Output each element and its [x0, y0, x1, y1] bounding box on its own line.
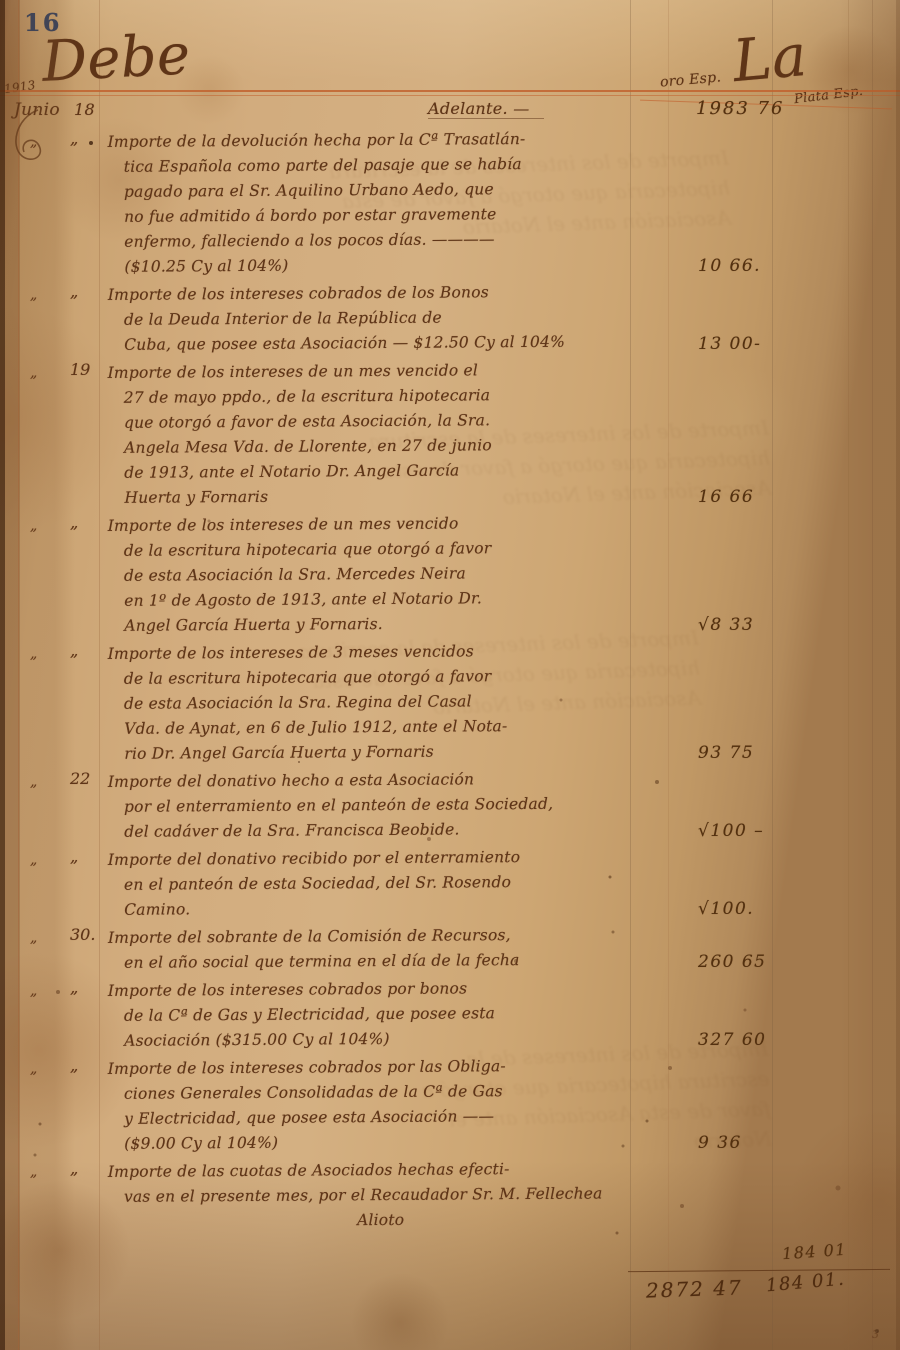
ledger-entry: „„Importe de los intereses de un mes ven…	[0, 512, 900, 637]
carry-day: 18	[74, 100, 95, 119]
entry-day: 22	[70, 769, 90, 788]
ledger-entry: „„Importe de los intereses cobrados por …	[0, 1055, 900, 1155]
entry-line: Cuba, que posee esta Asociación — $12.50…	[124, 329, 653, 358]
entry-line: Importe de los intereses cobrados por la…	[108, 1053, 653, 1082]
entry-day: „	[70, 978, 78, 997]
entry-amount-oro: 10 66.	[698, 256, 761, 276]
entry-text: Importe de los intereses de un mes venci…	[107, 357, 653, 511]
month-ditto-mark: „	[30, 930, 38, 946]
entry-line: por el enterramiento en el panteón de es…	[124, 791, 653, 820]
entry-text: Importe del sobrante de la Comisión de R…	[108, 922, 653, 976]
entry-line: de la escritura hipotecaria que otorgó a…	[124, 535, 653, 564]
entry-line: enfermo, falleciendo a los pocos días. —…	[124, 226, 653, 255]
entry-text: Importe de los intereses de un mes venci…	[108, 510, 654, 639]
entry-line: Angela Mesa Vda. de Llorente, en 27 de j…	[124, 432, 653, 461]
page-title-debe: Debe	[40, 22, 191, 95]
entry-line: y Electricidad, que posee esta Asociació…	[124, 1103, 653, 1132]
entry-day: 19	[70, 360, 90, 379]
total-plata: 184 01.	[765, 1269, 846, 1297]
header-double-rule	[0, 90, 900, 96]
entry-line: de la Deuda Interior de la República de	[124, 304, 653, 333]
ledger-page: { "page": { "number": "16" }, "header": …	[0, 0, 900, 1350]
carry-forward-amount: 1983 76	[696, 98, 784, 119]
month-ditto-mark: „	[30, 1061, 38, 1077]
entry-line: Importe de los intereses cobrados por bo…	[108, 975, 653, 1004]
entry-line: rio Dr. Angel García Huerta y Fornaris	[124, 738, 653, 767]
entry-day: „	[70, 1056, 78, 1075]
header-flourish: La	[730, 21, 809, 95]
month-ditto-mark: „	[30, 134, 38, 150]
entry-amount-oro: √100.	[698, 899, 754, 919]
entry-line: no fue admitido á bordo por estar gravem…	[124, 201, 653, 230]
total-oro: 2872 47	[646, 1275, 743, 1302]
entry-amount-oro: √100 –	[698, 821, 764, 841]
month-ditto-mark: „	[30, 852, 38, 868]
month-ditto-mark: „	[30, 518, 38, 534]
entry-line: de la Cª de Gas y Electricidad, que pose…	[124, 1000, 653, 1029]
entry-text: Importe de los intereses cobrados por bo…	[108, 975, 654, 1054]
entry-amount-oro: 9 36	[698, 1133, 742, 1153]
entry-line: pagado para el Sr. Aquilino Urbano Aedo,…	[124, 176, 653, 205]
month-ditto-mark: „	[30, 287, 38, 303]
month-ditto-mark: „	[30, 365, 38, 381]
entry-line: vas en el presente mes, por el Recaudado…	[124, 1181, 653, 1210]
entry-line: de esta Asociación la Sra. Mercedes Neir…	[124, 560, 653, 589]
entry-text: Importe del donativo recibido por el ent…	[108, 844, 654, 923]
entry-line: que otorgó a favor de esta Asociación, l…	[124, 407, 653, 436]
entry-line: Importe de los intereses de un mes venci…	[107, 357, 652, 386]
entry-line: Huerta y Fornaris	[124, 482, 653, 511]
entry-text: Importe de la devolución hecha por la Cª…	[107, 126, 653, 280]
plata-entry-amount: 184 01	[781, 1240, 847, 1263]
entry-amount-oro: 93 75	[698, 743, 754, 763]
ink-specks	[0, 0, 2, 2]
paper-background: Importe de los intereses de la escritura…	[0, 0, 900, 1350]
entry-day: 30.	[70, 925, 95, 944]
entry-line: ($9.00 Cy al 104%)	[124, 1128, 653, 1157]
ledger-entry: „„Importe de los intereses de 3 meses ve…	[0, 640, 900, 765]
month-ditto-mark: „	[30, 646, 38, 662]
month-ditto-mark: „	[30, 1164, 38, 1180]
entry-day: „	[70, 847, 78, 866]
entry-line: en el panteón de esta Sociedad, del Sr. …	[124, 869, 653, 898]
currency-column-label-oro: oro Esp.	[659, 69, 721, 90]
entry-line: de 1913, ante el Notario Dr. Angel Garcí…	[124, 457, 653, 486]
entry-amount-oro: 13 00-	[698, 334, 761, 354]
entry-line: Importe del donativo recibido por el ent…	[108, 844, 653, 873]
ledger-entry: „„Importe de la devolución hecha por la …	[0, 128, 900, 278]
entry-line: del cadáver de la Sra. Francisca Beobide…	[124, 816, 653, 845]
entry-day: „	[70, 129, 78, 148]
entry-line: Importe del donativo hecho a esta Asocia…	[108, 766, 653, 795]
entry-text: Importe de los intereses cobrados por la…	[108, 1053, 654, 1157]
entry-amount-oro: 260 65	[698, 952, 766, 972]
entry-line: Importe de las cuotas de Asociados hecha…	[108, 1156, 653, 1185]
ledger-entry: „„Importe del donativo recibido por el e…	[0, 846, 900, 921]
entry-text: Importe de las cuotas de Asociados hecha…	[108, 1156, 654, 1235]
entry-day: „	[70, 1159, 78, 1178]
entry-line: Importe del sobrante de la Comisión de R…	[108, 922, 653, 951]
ledger-entry: „30.Importe del sobrante de la Comisión …	[0, 924, 900, 974]
month-ditto-mark: „	[30, 983, 38, 999]
entry-line: Vda. de Aynat, en 6 de Julio 1912, ante …	[124, 713, 653, 742]
ledger-entry: „„Importe de los intereses cobrados de l…	[0, 281, 900, 356]
entry-text: Importe de los intereses de 3 meses venc…	[108, 638, 654, 767]
ledger-entry: „19Importe de los intereses de un mes ve…	[0, 359, 900, 509]
ledger-entries: „„Importe de la devolución hecha por la …	[0, 128, 900, 1236]
entry-line: Asociación ($315.00 Cy al 104%)	[124, 1025, 653, 1054]
entry-line: en el año social que termina en el día d…	[124, 947, 653, 976]
ledger-entry: „22Importe del donativo hecho a esta Aso…	[0, 768, 900, 843]
entry-line: Importe de los intereses de 3 meses venc…	[108, 638, 653, 667]
corner-mark: 3	[872, 1328, 879, 1341]
month-ditto-mark: „	[30, 774, 38, 790]
entry-line: ($10.25 Cy al 104%)	[124, 251, 653, 280]
entry-line: ciones Generales Consolidadas de la Cª d…	[124, 1078, 653, 1107]
entry-text: Importe de los intereses cobrados de los…	[108, 279, 654, 358]
entry-line: en 1º de Agosto de 1913, ante el Notario…	[124, 585, 653, 614]
entry-text: Importe del donativo hecho a esta Asocia…	[108, 766, 654, 845]
entry-line: de la escritura hipotecaria que otorgó a…	[124, 663, 653, 692]
entry-line: Importe de los intereses de un mes venci…	[108, 510, 653, 539]
entry-day: „	[70, 282, 78, 301]
entry-line: Angel García Huerta y Fornaris.	[124, 610, 653, 639]
entry-line: 27 de mayo ppdo., de la escritura hipote…	[124, 382, 653, 411]
entry-amount-oro: 327 60	[698, 1030, 766, 1050]
totals-rule	[628, 1269, 890, 1272]
ledger-entry: „„Importe de los intereses cobrados por …	[0, 977, 900, 1052]
entry-line: Importe de los intereses cobrados de los…	[108, 279, 653, 308]
entry-line: Camino.	[124, 894, 653, 923]
month-label: Junio	[14, 100, 60, 120]
ledger-entry: „„Importe de las cuotas de Asociados hec…	[0, 1158, 900, 1233]
entry-line: tica Española como parte del pasaje que …	[124, 151, 653, 180]
entry-day: „	[70, 513, 78, 532]
entry-day: „	[70, 641, 78, 660]
entry-line: de esta Asociación la Sra. Regina del Ca…	[124, 688, 653, 717]
entry-amount-oro: √8 33	[698, 615, 754, 635]
entry-line: Alioto	[108, 1206, 653, 1235]
entry-amount-oro: 16 66	[698, 487, 754, 507]
carry-forward-label: Adelante. —	[428, 99, 544, 119]
entry-line: Importe de la devolución hecha por la Cª…	[107, 126, 652, 155]
